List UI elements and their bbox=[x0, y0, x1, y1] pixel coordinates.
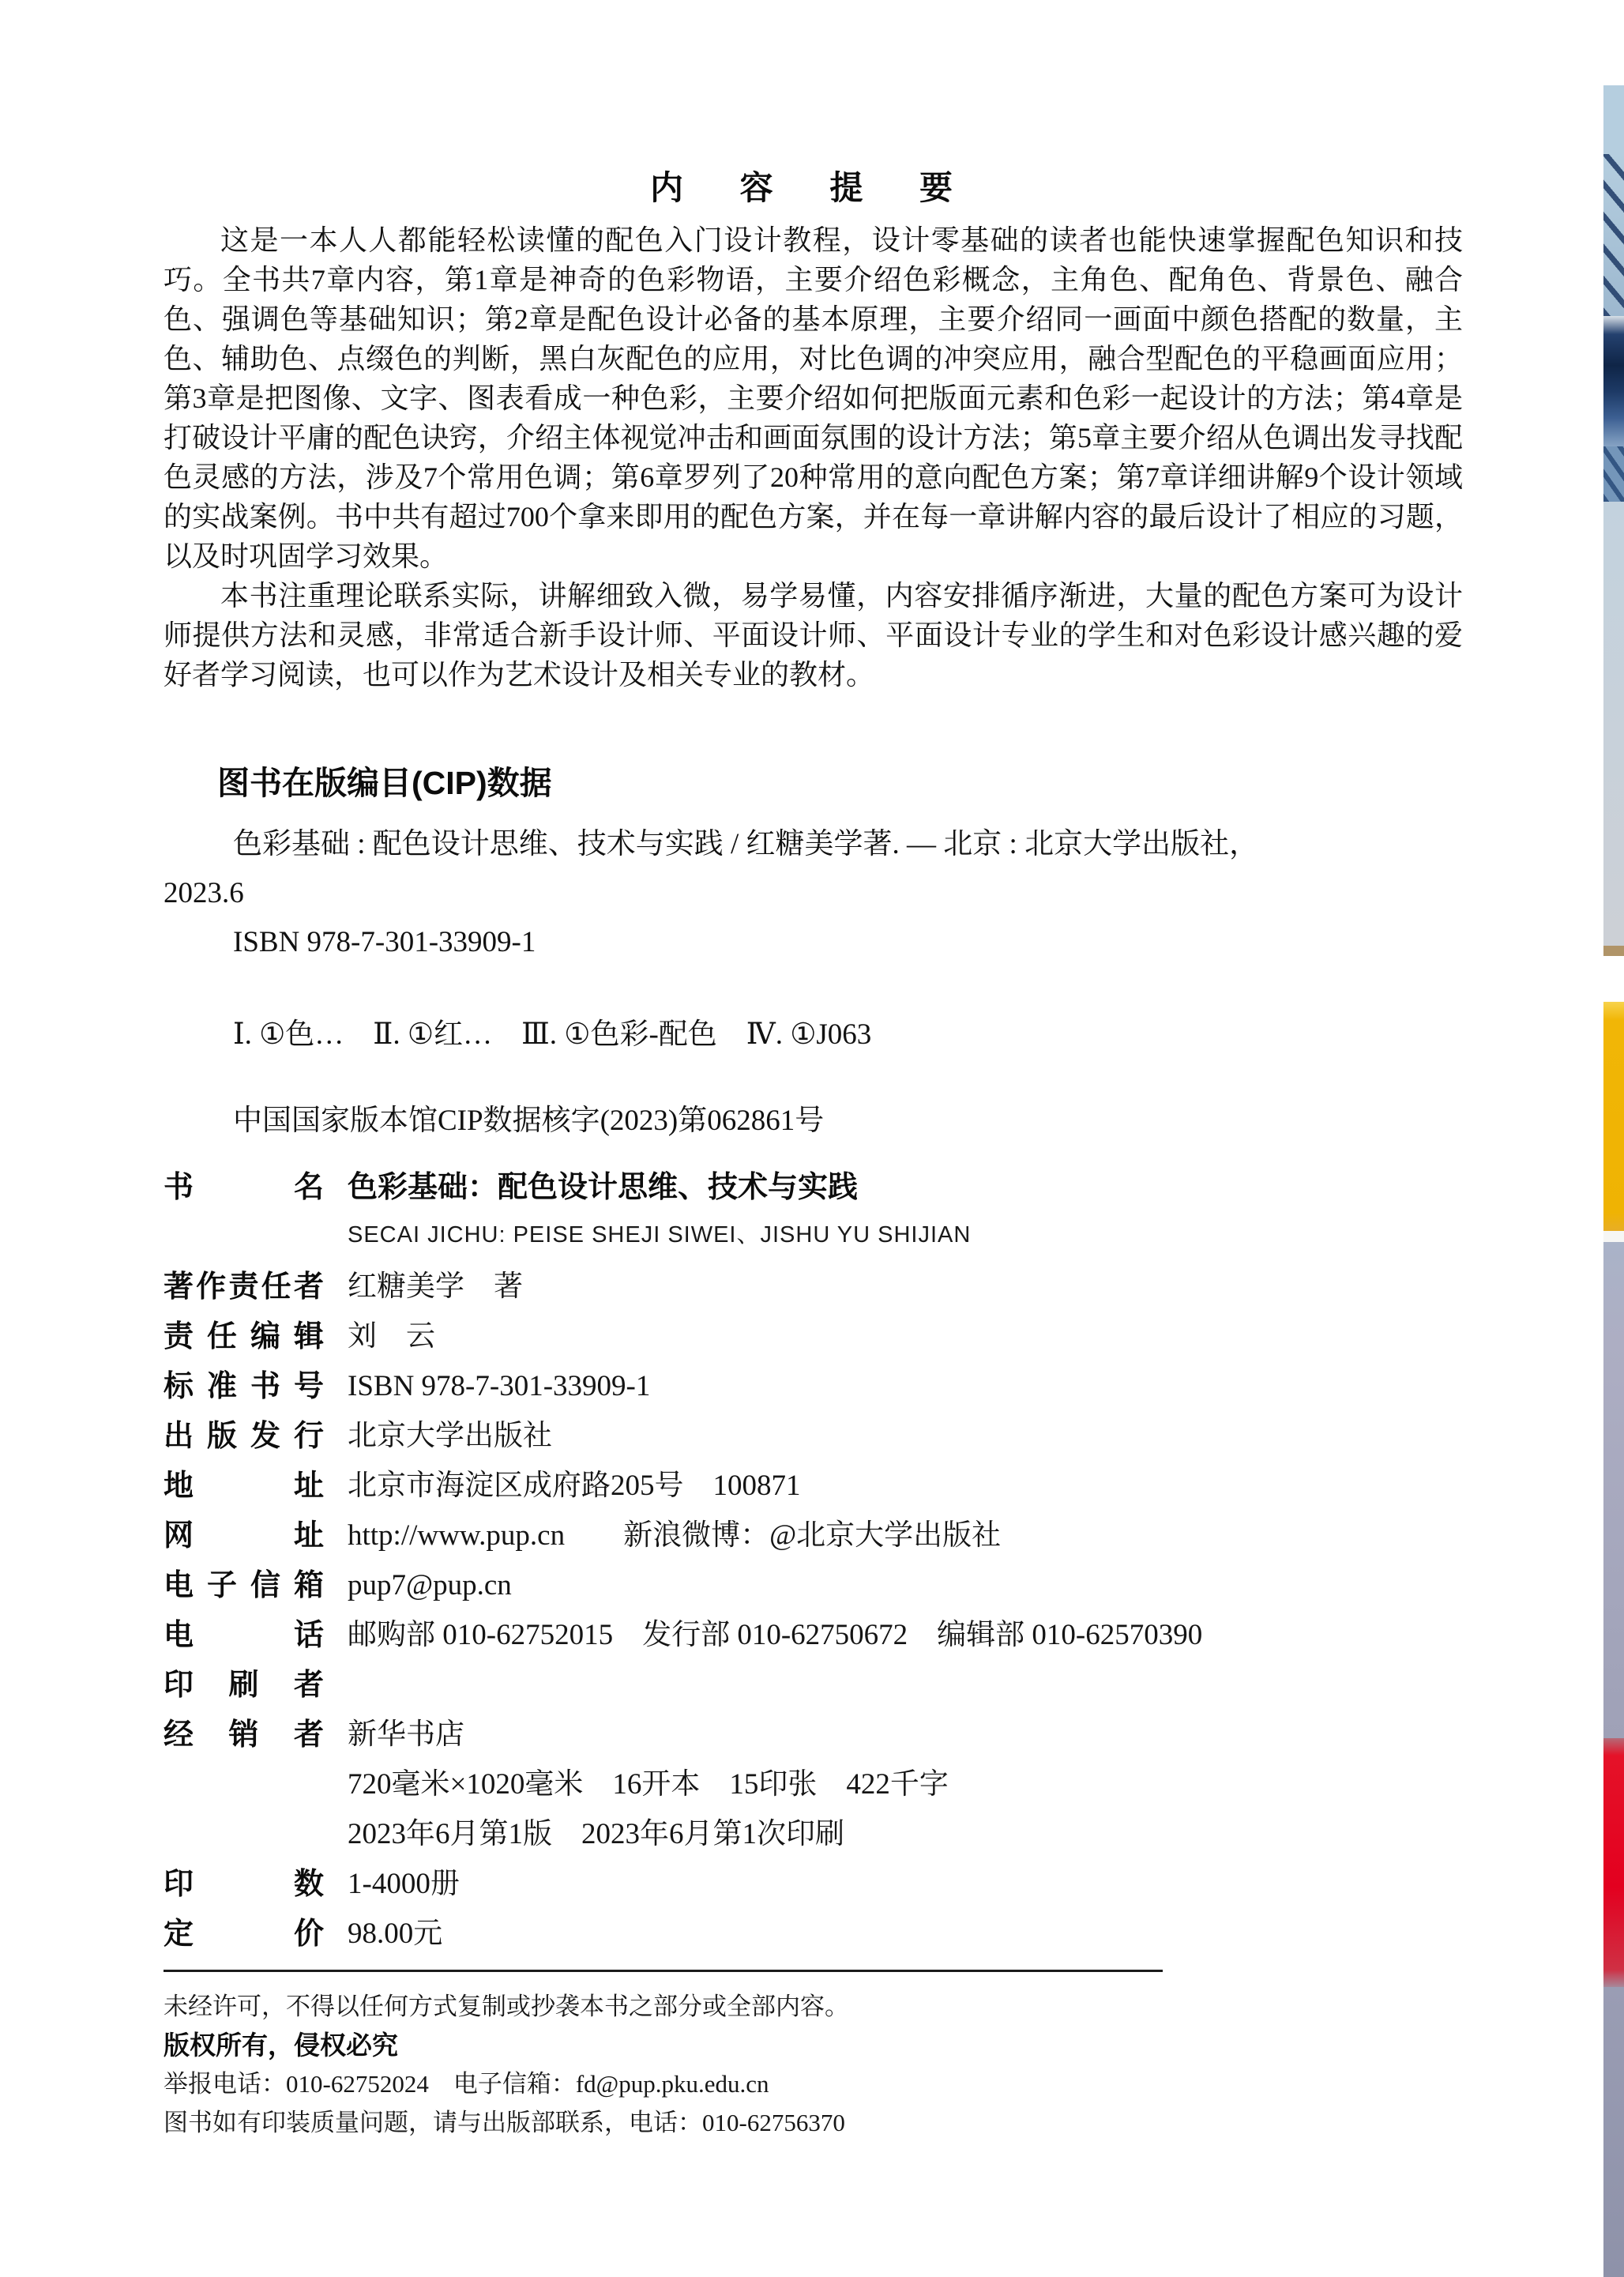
info-row-title: 书名 色彩基础：配色设计思维、技术与实践 bbox=[164, 1169, 1463, 1219]
info-label: 出版发行 bbox=[164, 1418, 324, 1455]
edge-segment-white bbox=[1603, 956, 1624, 1002]
edge-segment-red bbox=[1603, 1738, 1624, 1987]
book-info-table: 书名 色彩基础：配色设计思维、技术与实践 SECAI JICHU: PEISE … bbox=[164, 1169, 1463, 1966]
info-row-publisher: 出版发行 北京大学出版社 bbox=[164, 1418, 1463, 1468]
edge-segment-navy-bands bbox=[1603, 316, 1624, 446]
cip-header: 图书在版编目(CIP)数据 bbox=[217, 757, 552, 804]
no-copy-notice: 未经许可，不得以任何方式复制或抄袭本书之部分或全部内容。 bbox=[164, 1987, 1463, 2026]
info-label: 书名 bbox=[164, 1169, 324, 1206]
report-contact-line: 举报电话：010-62752024 电子信箱：fd@pup.pku.edu.cn bbox=[164, 2064, 1463, 2103]
info-label: 责任编辑 bbox=[164, 1319, 324, 1355]
edge-segment-lavender bbox=[1603, 1242, 1624, 1738]
page-edge-color-strip bbox=[1603, 0, 1624, 2277]
info-label: 经销者 bbox=[164, 1717, 324, 1753]
info-value: 1-4000册 bbox=[348, 1866, 460, 1903]
info-value: ISBN 978-7-301-33909-1 bbox=[348, 1368, 650, 1405]
info-row-format: 720毫米×1020毫米 16开本 15印张 422千字 bbox=[164, 1767, 1463, 1816]
edge-segment-white bbox=[1603, 1231, 1624, 1242]
edge-segment-navy-streaks bbox=[1603, 154, 1624, 316]
info-value: 98.00元 bbox=[348, 1916, 442, 1952]
cip-line: 2023.6 bbox=[164, 869, 1463, 918]
cip-record-number-line: 中国国家版本馆CIP数据核字(2023)第062861号 bbox=[164, 1097, 1463, 1146]
info-value: 720毫米×1020毫米 16开本 15印张 422千字 bbox=[348, 1767, 949, 1803]
cip-classification-line: Ⅰ. ①色… Ⅱ. ①红… Ⅲ. ①色彩-配色 Ⅳ. ①J063 bbox=[164, 1011, 1463, 1059]
info-row-address: 地址 北京市海淀区成府路205号 100871 bbox=[164, 1468, 1463, 1518]
info-row-website: 网址 http://www.pup.cn 新浪微博：@北京大学出版社 bbox=[164, 1518, 1463, 1568]
info-label: 标准书号 bbox=[164, 1368, 324, 1405]
edge-segment-yellow bbox=[1603, 1002, 1624, 1231]
copyright-page: 内 容 提 要 这是一本人人都能轻松读懂的配色入门设计教程，设计零基础的读者也能… bbox=[0, 0, 1624, 2277]
summary-text: 这是一本人人都能轻松读懂的配色入门设计教程，设计零基础的读者也能快速掌握配色知识… bbox=[164, 220, 1463, 694]
info-label: 印数 bbox=[164, 1866, 324, 1903]
info-row-editor: 责任编辑 刘 云 bbox=[164, 1319, 1463, 1368]
edge-segment-light-blue bbox=[1603, 85, 1624, 154]
info-value: 北京市海淀区成府路205号 100871 bbox=[348, 1468, 801, 1504]
edge-segment-blue-streaks bbox=[1603, 446, 1624, 502]
info-row-print-run: 印数 1-4000册 bbox=[164, 1866, 1463, 1916]
cip-line: ISBN 978-7-301-33909-1 bbox=[164, 918, 1463, 967]
edge-segment-white bbox=[1603, 0, 1624, 85]
edge-segment-tan-line bbox=[1603, 946, 1624, 956]
info-value: pup7@pup.cn bbox=[348, 1568, 512, 1604]
info-label: 定价 bbox=[164, 1916, 324, 1952]
info-value: SECAI JICHU: PEISE SHEJI SIWEI、JISHU YU … bbox=[348, 1219, 971, 1251]
info-value: 邮购部 010-62752015 发行部 010-62750672 编辑部 01… bbox=[348, 1617, 1202, 1654]
info-row-title-pinyin: SECAI JICHU: PEISE SHEJI SIWEI、JISHU YU … bbox=[164, 1219, 1463, 1269]
info-label: 网址 bbox=[164, 1518, 324, 1554]
info-value: 北京大学出版社 bbox=[348, 1418, 552, 1455]
info-value: 2023年6月第1版 2023年6月第1次印刷 bbox=[348, 1816, 844, 1853]
info-label: 电话 bbox=[164, 1617, 324, 1654]
info-row-distributor: 经销者 新华书店 bbox=[164, 1717, 1463, 1767]
copyright-statement: 版权所有，侵权必究 bbox=[164, 2026, 1463, 2064]
info-row-phone: 电话 邮购部 010-62752015 发行部 010-62750672 编辑部… bbox=[164, 1617, 1463, 1667]
info-row-price: 定价 98.00元 bbox=[164, 1916, 1463, 1966]
summary-paragraph: 本书注重理论联系实际，讲解细致入微，易学易懂，内容安排循序渐进，大量的配色方案可… bbox=[164, 576, 1463, 694]
cip-line: 色彩基础 : 配色设计思维、技术与实践 / 红糖美学著. — 北京 : 北京大学… bbox=[164, 820, 1463, 869]
info-label: 著作责任者 bbox=[164, 1269, 324, 1305]
info-row-edition: 2023年6月第1版 2023年6月第1次印刷 bbox=[164, 1816, 1463, 1866]
info-label: 印刷者 bbox=[164, 1667, 324, 1703]
info-value: 新华书店 bbox=[348, 1717, 464, 1753]
info-row-email: 电子信箱 pup7@pup.cn bbox=[164, 1568, 1463, 1617]
info-row-printer: 印刷者 bbox=[164, 1667, 1463, 1717]
footer-block: 未经许可，不得以任何方式复制或抄袭本书之部分或全部内容。 版权所有，侵权必究 举… bbox=[164, 1987, 1463, 2142]
info-label: 电子信箱 bbox=[164, 1568, 324, 1604]
info-value: http://www.pup.cn 新浪微博：@北京大学出版社 bbox=[348, 1518, 1001, 1554]
info-row-isbn: 标准书号 ISBN 978-7-301-33909-1 bbox=[164, 1368, 1463, 1418]
info-value: 红糖美学 著 bbox=[348, 1269, 523, 1305]
summary-paragraph: 这是一本人人都能轻松读懂的配色入门设计教程，设计零基础的读者也能快速掌握配色知识… bbox=[164, 220, 1463, 576]
info-value: 刘 云 bbox=[348, 1319, 435, 1355]
page-title: 内 容 提 要 bbox=[164, 162, 1463, 209]
edge-segment-lavender bbox=[1603, 1987, 1624, 2277]
cip-block: 色彩基础 : 配色设计思维、技术与实践 / 红糖美学著. — 北京 : 北京大学… bbox=[164, 820, 1463, 1146]
quality-contact-line: 图书如有印装质量问题，请与出版部联系，电话：010-62756370 bbox=[164, 2103, 1463, 2142]
info-row-author: 著作责任者 红糖美学 著 bbox=[164, 1269, 1463, 1319]
info-value: 色彩基础：配色设计思维、技术与实践 bbox=[348, 1169, 858, 1206]
info-label: 地址 bbox=[164, 1468, 324, 1504]
edge-segment-pale-blue bbox=[1603, 502, 1624, 946]
divider-rule bbox=[164, 1970, 1163, 1972]
